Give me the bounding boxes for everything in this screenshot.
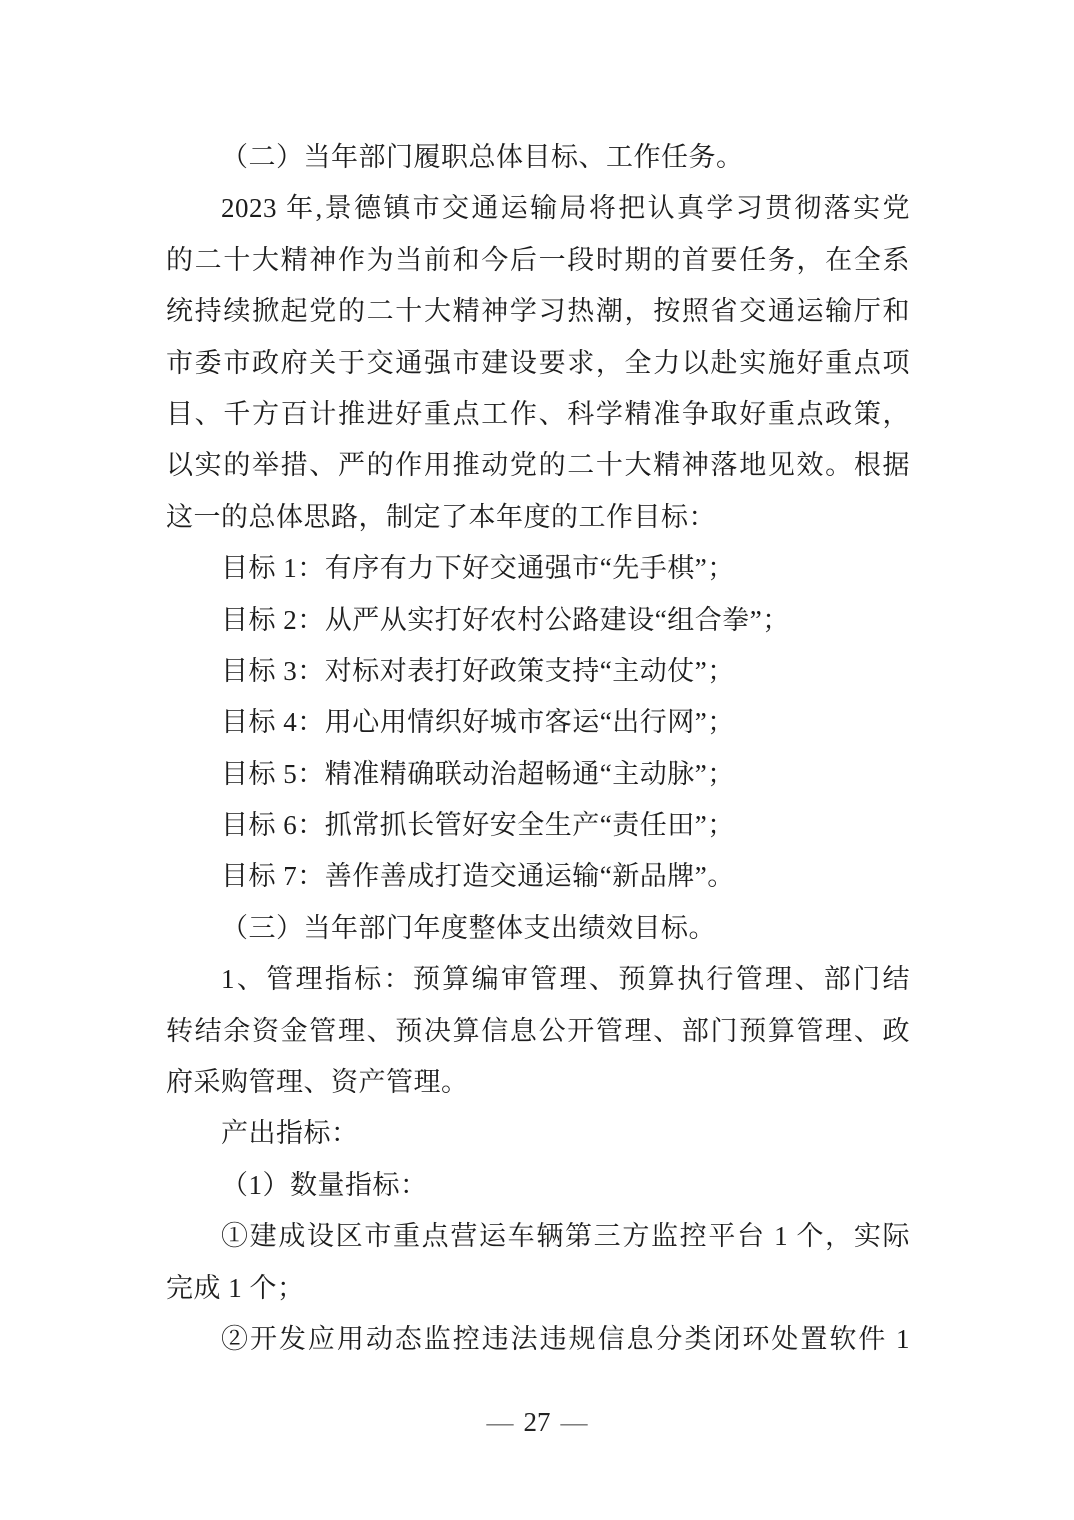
- document-line: 目标 7：善作善成打造交通运输“新品牌”。: [166, 851, 910, 902]
- document-line: （二）当年部门履职总体目标、工作任务。: [166, 132, 910, 183]
- document-line: 目标 6：抓常抓长管好安全生产“责任田”；: [166, 800, 910, 851]
- document-line: 目、千方百计推进好重点工作、科学精准争取好重点政策，: [166, 389, 910, 440]
- footer-dash-right: —: [561, 1407, 588, 1437]
- document-line: 1、管理指标：预算编审管理、预算执行管理、部门结: [166, 954, 910, 1005]
- document-line: 市委市政府关于交通强市建设要求，全力以赴实施好重点项: [166, 338, 910, 389]
- document-line: 的二十大精神作为当前和今后一段时期的首要任务，在全系: [166, 235, 910, 286]
- document-line: 这一的总体思路，制定了本年度的工作目标：: [166, 492, 910, 543]
- document-line: 目标 5：精准精确联动治超畅通“主动脉”；: [166, 749, 910, 800]
- document-line: 完成 1 个；: [166, 1263, 910, 1314]
- document-page: （二）当年部门履职总体目标、工作任务。2023 年,景德镇市交通运输局将把认真学…: [0, 0, 1074, 1520]
- document-line: （1）数量指标：: [166, 1160, 910, 1211]
- document-line: 目标 1：有序有力下好交通强市“先手棋”；: [166, 543, 910, 594]
- page-footer: —27—: [0, 1402, 1074, 1442]
- document-line: 统持续掀起党的二十大精神学习热潮，按照省交通运输厅和: [166, 286, 910, 337]
- footer-dash-left: —: [487, 1407, 514, 1437]
- document-line: 目标 3：对标对表打好政策支持“主动仗”；: [166, 646, 910, 697]
- document-line: 府采购管理、资产管理。: [166, 1057, 910, 1108]
- document-line: 产出指标：: [166, 1108, 910, 1159]
- document-line: 转结余资金管理、预决算信息公开管理、部门预算管理、政: [166, 1006, 910, 1057]
- document-line: 2023 年,景德镇市交通运输局将把认真学习贯彻落实党: [166, 183, 910, 234]
- page-number: 27: [524, 1407, 551, 1437]
- document-line: 以实的举措、严的作用推动党的二十大精神落地见效。根据: [166, 440, 910, 491]
- document-line: （三）当年部门年度整体支出绩效目标。: [166, 903, 910, 954]
- document-body: （二）当年部门履职总体目标、工作任务。2023 年,景德镇市交通运输局将把认真学…: [166, 132, 910, 1365]
- document-line: 目标 2：从严从实打好农村公路建设“组合拳”；: [166, 595, 910, 646]
- document-line: ②开发应用动态监控违法违规信息分类闭环处置软件 1: [166, 1314, 910, 1365]
- document-line: 目标 4：用心用情织好城市客运“出行网”；: [166, 697, 910, 748]
- document-line: ①建成设区市重点营运车辆第三方监控平台 1 个，实际: [166, 1211, 910, 1262]
